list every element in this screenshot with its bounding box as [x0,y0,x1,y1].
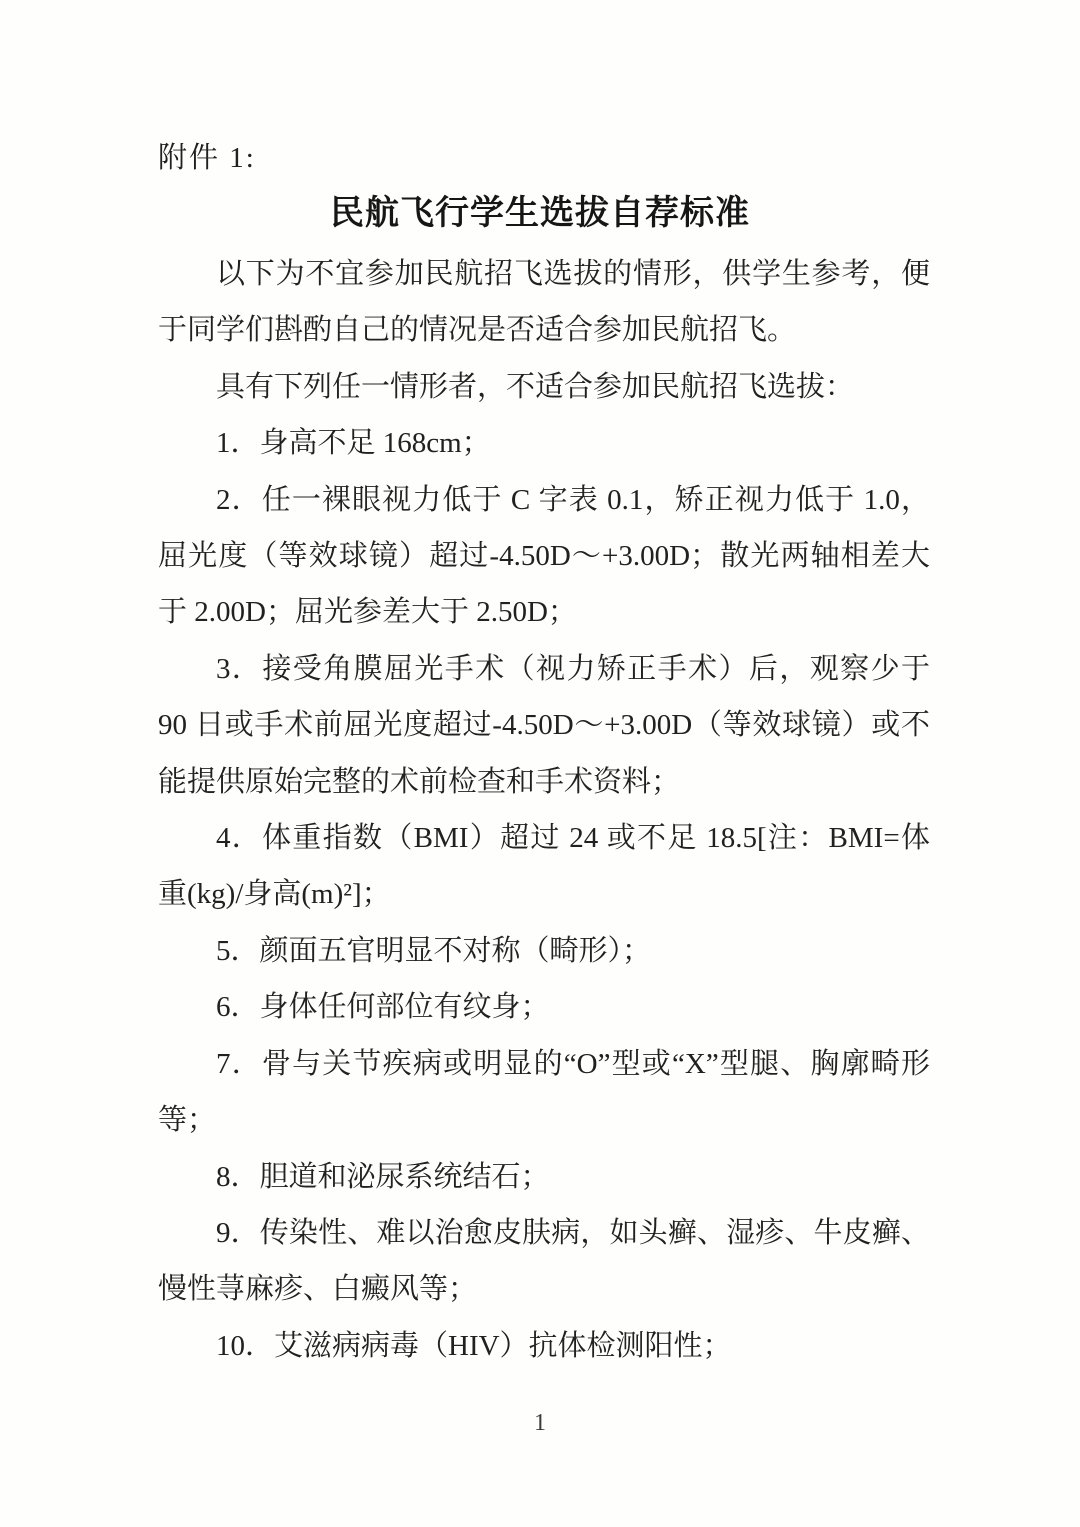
page-number: 1 [0,1408,1080,1438]
list-item-10: 10．艾滋病病毒（HIV）抗体检测阳性； [158,1318,930,1374]
list-item-5: 5．颜面五官明显不对称（畸形）； [158,923,930,979]
paragraph-intro: 以下为不宜参加民航招飞选拔的情形，供学生参考，便于同学们斟酌自己的情况是否适合参… [158,246,930,359]
list-item-6: 6．身体任何部位有纹身； [158,979,930,1035]
list-item-2: 2．任一裸眼视力低于 C 字表 0.1，矫正视力低于 1.0，屈光度（等效球镜）… [158,472,930,641]
list-item-4: 4．体重指数（BMI）超过 24 或不足 18.5[注：BMI=体重(kg)/身… [158,810,930,923]
list-item-7: 7．骨与关节疾病或明显的“O”型或“X”型腿、胸廓畸形等； [158,1036,930,1149]
list-item-8: 8．胆道和泌尿系统结石； [158,1149,930,1205]
list-item-1: 1．身高不足 168cm； [158,415,930,471]
paragraph-lead-in: 具有下列任一情形者，不适合参加民航招飞选拔： [158,359,930,415]
list-item-3: 3．接受角膜屈光手术（视力矫正手术）后，观察少于 90 日或手术前屈光度超过-4… [158,641,930,810]
document-body: 以下为不宜参加民航招飞选拔的情形，供学生参考，便于同学们斟酌自己的情况是否适合参… [158,246,930,1374]
document-page: 附件 1: 民航飞行学生选拔自荐标准 以下为不宜参加民航招飞选拔的情形，供学生参… [0,0,1080,1527]
list-item-9: 9．传染性、难以治愈皮肤病，如头癣、湿疹、牛皮癣、慢性荨麻疹、白癜风等； [158,1205,930,1318]
document-title: 民航飞行学生选拔自荐标准 [0,192,1080,234]
attachment-label: 附件 1: [158,140,256,176]
